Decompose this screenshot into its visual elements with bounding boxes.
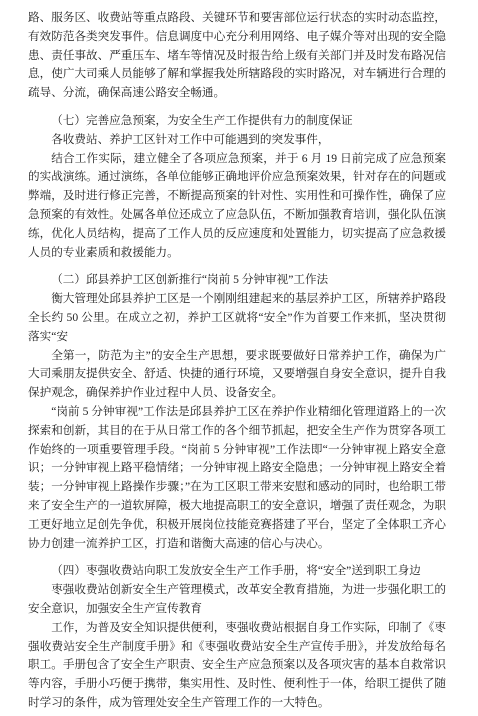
section-heading-zaoqiang-handbook: （四）枣强收费站向职工发放安全生产工作手册，将“安全”送到职工身边 (28, 562, 446, 581)
paragraph-drill-practice: 结合工作实际，建立健全了各项应急预案，并于 6 月 19 日前完成了应急预案的实… (28, 150, 446, 263)
paragraph-monitoring-continuation: 路、服务区、收费站等重点路段、关键环节和要害部位运行状态的实时动态监控，有效防范… (28, 9, 446, 103)
paragraph-safety-first: 全第一，防范为主”的安全生产思想，要求既要做好日常养护工作，确保为广大司乘朋友提… (28, 347, 446, 403)
document-page: 路、服务区、收费站等重点路段、关键环节和要害部位运行状态的实时动态监控，有效防范… (0, 0, 478, 716)
section-heading-qiuxian-method: （二）邱县养护工区创新推行“岗前 5 分钟审视”工作法 (28, 271, 446, 290)
paragraph-zaoqiang-intro: 枣强收费站创新安全生产管理模式，改革安全教育措施，为进一步强化职工的安全意识，加… (28, 581, 446, 619)
section-heading-emergency-plans: （七）完善应急预案，为安全生产工作提供有力的制度保证 (28, 112, 446, 131)
paragraph-qiuxian-intro: 衡大管理处邱县养护工区是一个刚刚组建起来的基层养护工区，所辖养护路段全长约 50… (28, 290, 446, 346)
paragraph-five-minute-review: “岗前 5 分钟审视”工作法是邱县养护工区在养护作业精细化管理道路上的一次探索和… (28, 403, 446, 553)
paragraph-handbook-details: 工作，为普及安全知识提供便利，枣强收费站根据自身工作实际，印制了《枣强收费站安全… (28, 619, 446, 713)
paragraph-stations-events: 各收费站、养护工区针对工作中可能遇到的突发事件， (28, 131, 446, 150)
